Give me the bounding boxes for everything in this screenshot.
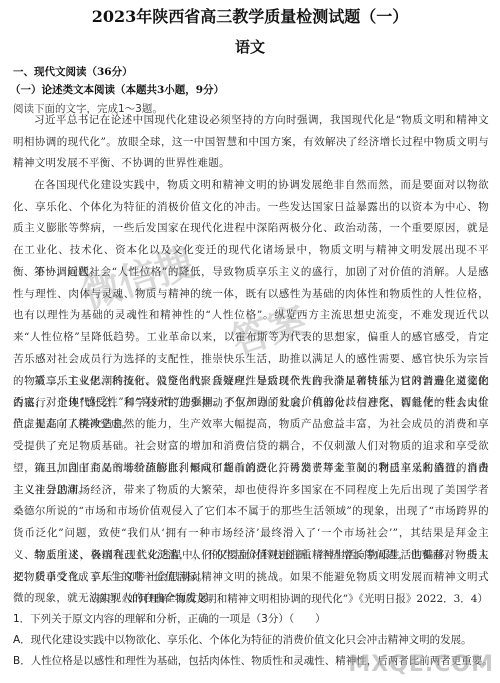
- exam-page: 2023年陕西省高三教学质量检测试题（一） 语文 一、现代文阅读（36分） （一…: [0, 0, 500, 683]
- passage-source-citation: （摘自《如何理解“物质文明和精神文明相协调的现代化”》《光明日报》2022．3．…: [85, 591, 488, 606]
- passage-paragraph-1: 习近平总书记在论述中国现代化建设必须坚持的方向时强调，我国现代化是“物质文明和精…: [13, 110, 489, 175]
- watermark-logo: MXQE.COM: [348, 652, 494, 677]
- subsection-heading-argumentative: （一）论述类文本阅读（本题共3小题，9分）: [10, 82, 224, 97]
- question-1-stem: 1．下列关于原文内容的理解和分析，正确的一项是（3分）（ ）: [13, 611, 493, 626]
- subject-heading: 语文: [0, 36, 500, 57]
- question-1-option-a: A．现代化建设实践中以物欲化、享乐化、个体化为特征的消费价值文化只会冲击精神文明…: [13, 632, 493, 647]
- section-heading-modern-reading: 一、现代文阅读（36分）: [13, 64, 133, 79]
- exam-title: 2023年陕西省高三教学质量检测试题（一）: [0, 4, 500, 27]
